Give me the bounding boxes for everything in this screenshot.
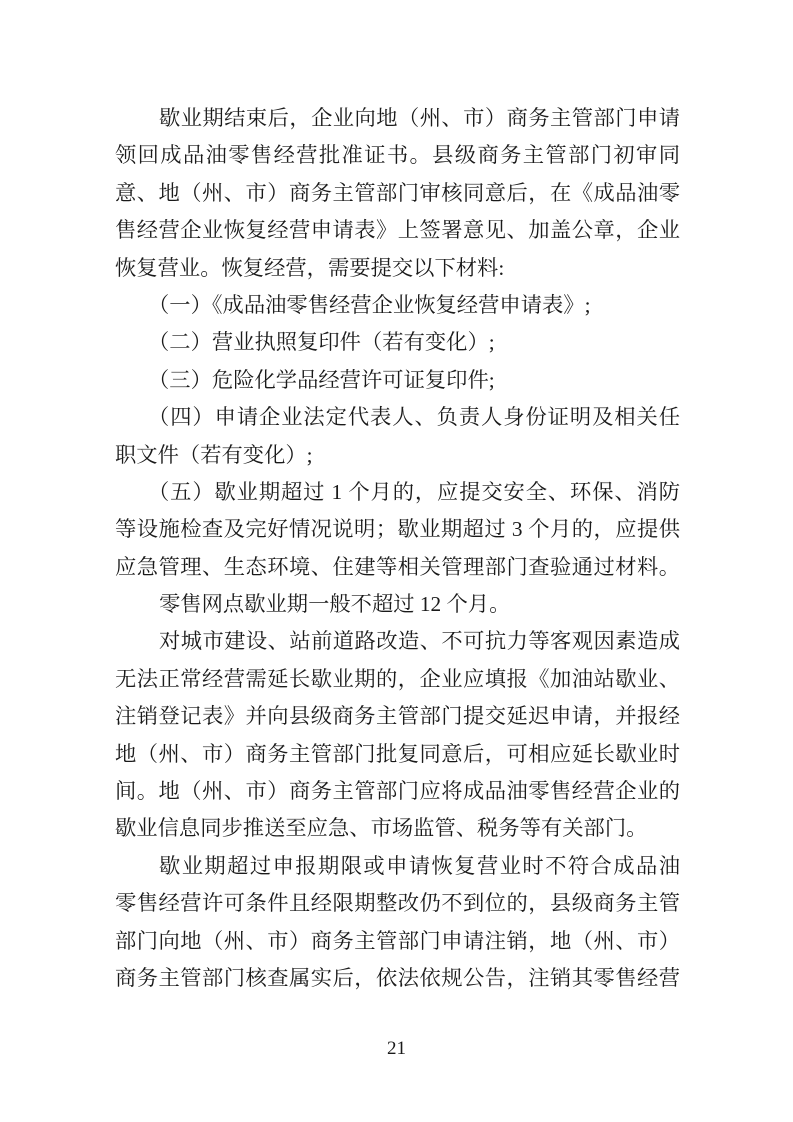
text-line: （一）《成品油零售经营企业恢复经营申请表》; bbox=[115, 287, 680, 324]
text-line: 意、地（州、市）商务主管部门审核同意后，在《成品油零 bbox=[115, 175, 680, 212]
text-line: 售经营企业恢复经营申请表》上签署意见、加盖公章，企业 bbox=[115, 212, 680, 249]
document-body: 歇业期结束后，企业向地（州、市）商务主管部门申请领回成品油零售经营批准证书。县级… bbox=[115, 100, 680, 997]
text-line: 恢复营业。恢复经营，需要提交以下材料: bbox=[115, 250, 680, 287]
text-line: 歇业信息同步推送至应急、市场监管、税务等有关部门。 bbox=[115, 810, 680, 847]
text-line: 职文件（若有变化）; bbox=[115, 437, 680, 474]
text-line: 注销登记表》并向县级商务主管部门提交延迟申请，并报经 bbox=[115, 698, 680, 735]
text-line: 零售经营许可条件且经限期整改仍不到位的，县级商务主管 bbox=[115, 885, 680, 922]
text-line: 零售网点歇业期一般不超过 12 个月。 bbox=[115, 586, 680, 623]
text-line: （二）营业执照复印件（若有变化）; bbox=[115, 324, 680, 361]
text-line: （三）危险化学品经营许可证复印件; bbox=[115, 362, 680, 399]
text-line: 间。地（州、市）商务主管部门应将成品油零售经营企业的 bbox=[115, 773, 680, 810]
text-line: 应急管理、生态环境、住建等相关管理部门查验通过材料。 bbox=[115, 549, 680, 586]
text-line: 歇业期超过申报期限或申请恢复营业时不符合成品油 bbox=[115, 848, 680, 885]
text-line: 无法正常经营需延长歇业期的，企业应填报《加油站歇业、 bbox=[115, 661, 680, 698]
text-line: 部门向地（州、市）商务主管部门申请注销，地（州、市） bbox=[115, 923, 680, 960]
text-line: （四）申请企业法定代表人、负责人身份证明及相关任 bbox=[115, 399, 680, 436]
text-line: 商务主管部门核查属实后，依法依规公告，注销其零售经营 bbox=[115, 960, 680, 997]
text-line: 领回成品油零售经营批准证书。县级商务主管部门初审同 bbox=[115, 137, 680, 174]
document-page: 歇业期结束后，企业向地（州、市）商务主管部门申请领回成品油零售经营批准证书。县级… bbox=[0, 0, 793, 1122]
text-line: 歇业期结束后，企业向地（州、市）商务主管部门申请 bbox=[115, 100, 680, 137]
text-line: （五）歇业期超过 1 个月的，应提交安全、环保、消防 bbox=[115, 474, 680, 511]
text-line: 地（州、市）商务主管部门批复同意后，可相应延长歇业时 bbox=[115, 736, 680, 773]
text-line: 等设施检查及完好情况说明；歇业期超过 3 个月的，应提供 bbox=[115, 511, 680, 548]
page-number: 21 bbox=[0, 1038, 793, 1060]
text-line: 对城市建设、站前道路改造、不可抗力等客观因素造成 bbox=[115, 623, 680, 660]
